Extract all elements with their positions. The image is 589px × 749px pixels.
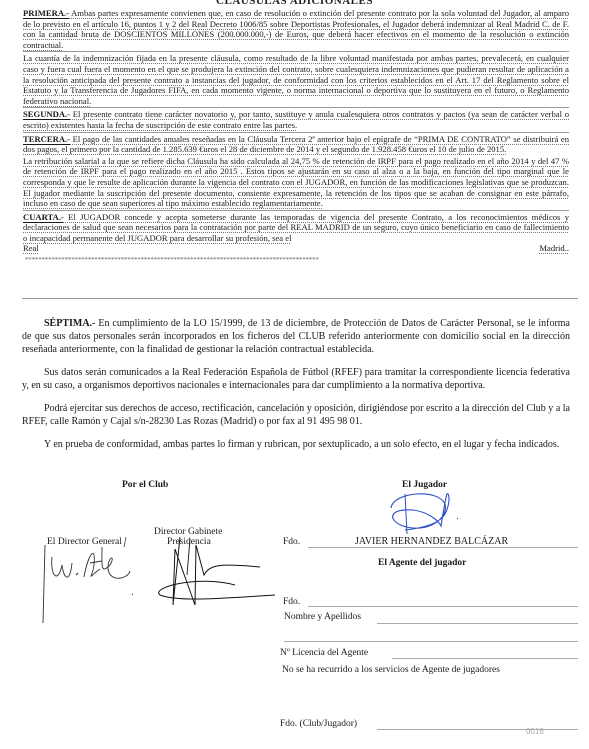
clause-text: En cumplimiento de la LO 15/1999, de 13 …	[22, 318, 570, 355]
fdo-club-jugador-label: Fdo. (Club/Jugador)	[280, 719, 357, 729]
clause-text: El JUGADOR concede y acepta someterse du…	[23, 212, 569, 243]
paragraph-rfef: Sus datos serán comunicados a la Real Fe…	[22, 366, 570, 392]
fdo-agent-label: Fdo.	[283, 597, 300, 607]
clause-head: SÉPTIMA.-	[44, 318, 95, 329]
club-jugador-line	[377, 729, 578, 730]
clause-last-line: Real Madrid..	[23, 243, 569, 254]
asterisk-separator: ****************************************…	[23, 255, 545, 266]
page-number: 0016	[526, 727, 544, 736]
contract-page: CLÁUSULAS ADICIONALES PRIMERA.- Ambas pa…	[0, 0, 589, 749]
paragraph-text: Podrá ejercitar sus derechos de acceso, …	[22, 402, 570, 428]
clause-segunda: SEGUNDA.- El presente contrato tiene car…	[23, 109, 569, 132]
fdo-player-label: Fdo.	[283, 537, 300, 547]
no-agente-text: No se ha recurrido a los servicios de Ag…	[282, 665, 500, 675]
licencia-label: Nº Licencia del Agente	[280, 648, 368, 658]
nombre-apellidos-label: Nombre y Apellidos	[284, 612, 361, 622]
player-name: JAVIER HERNANDEZ BALCÁZAR	[355, 536, 508, 547]
director-gabinete-signature	[140, 535, 275, 615]
clause-text: La retribución salarial a la que se refi…	[23, 156, 569, 208]
agent-heading: El Agente del jugador	[378, 558, 466, 568]
clause-head: SEGUNDA.-	[23, 109, 70, 119]
page-title: CLÁUSULAS ADICIONALES	[0, 0, 589, 7]
extra-line	[284, 641, 578, 642]
additional-clauses: PRIMERA.- Ambas partes expresamente conv…	[23, 8, 569, 268]
director-general-signature	[38, 535, 133, 625]
clause-tercera: TERCERA.- El pago de las cantidades anua…	[23, 134, 569, 156]
paragraph-text: Sus datos serán comunicados a la Real Fe…	[22, 366, 570, 392]
player-signature	[383, 488, 463, 536]
clause-primera-continued: La cuantía de la indemnización fijada en…	[23, 53, 569, 108]
clause-primera: PRIMERA.- Ambas partes expresamente conv…	[23, 8, 569, 52]
clause-last-left: Real	[23, 243, 39, 254]
clause-text: La cuantía de la indemnización fijada en…	[23, 53, 569, 105]
nombre-apellidos-line	[377, 623, 578, 624]
licencia-line	[392, 658, 578, 659]
club-heading: Por el Club	[122, 480, 168, 490]
divider	[22, 298, 578, 299]
clause-last-right: Madrid..	[539, 243, 569, 254]
clause-septima: SÉPTIMA.- En cumplimiento de la LO 15/19…	[22, 317, 570, 356]
clause-tercera-continued: La retribución salarial a la que se refi…	[23, 156, 569, 211]
player-signature-line	[308, 547, 578, 548]
clause-head: CUARTA.-	[23, 212, 64, 222]
clause-text: El pago de las cantidades anuales reseña…	[23, 134, 569, 155]
clause-head: TERCERA.-	[23, 134, 70, 144]
paragraph-conformity: Y en prueba de conformidad, ambas partes…	[22, 438, 570, 451]
clause-text: Ambas partes expresamente convienen que,…	[23, 8, 569, 50]
paragraph-rights: Podrá ejercitar sus derechos de acceso, …	[22, 402, 570, 428]
clause-text: El presente contrato tiene carácter nova…	[23, 109, 569, 130]
agent-signature-line	[308, 606, 578, 607]
clause-cuarta: CUARTA.- El JUGADOR concede y acepta som…	[23, 212, 569, 267]
paragraph-text: Y en prueba de conformidad, ambas partes…	[22, 438, 570, 451]
clause-head: PRIMERA.-	[23, 8, 69, 18]
